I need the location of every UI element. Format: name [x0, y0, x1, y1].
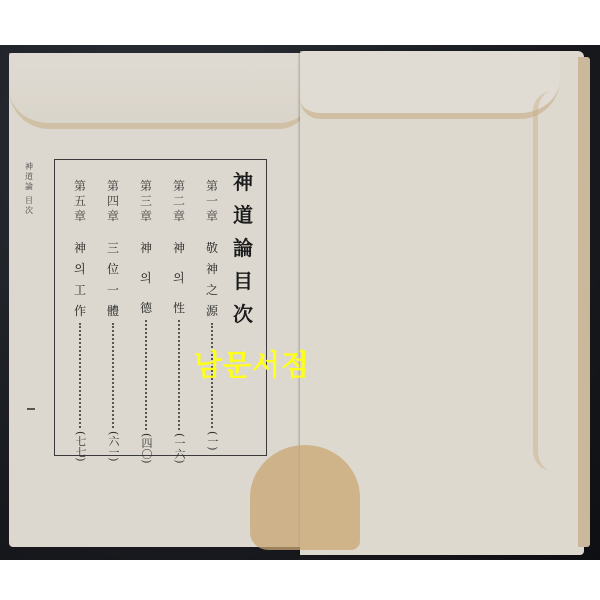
char: 三 [107, 242, 119, 254]
page-number: (一) [204, 431, 220, 451]
char: 章 [173, 210, 185, 222]
page-number: (四〇) [138, 433, 154, 464]
chapter-title: 神 의 性 [173, 242, 185, 314]
chapter-title: 敬 神 之 源 [206, 242, 218, 317]
chapter-number: 第 四 章 [107, 180, 119, 222]
char: 第 [206, 180, 218, 192]
title-char: 目 [233, 271, 253, 291]
char: 工 [74, 284, 86, 296]
title-char: 次 [233, 304, 253, 324]
chapter-title: 神 의 德 [140, 242, 152, 314]
water-stain-right-side [533, 91, 574, 471]
char: 第 [173, 180, 185, 192]
header-char: 論 [25, 183, 33, 191]
header-char: 次 [25, 207, 33, 215]
chapter-number: 第 一 章 [206, 180, 218, 222]
char: 作 [74, 305, 86, 317]
char: 五 [74, 195, 86, 207]
leader-dots [145, 320, 147, 430]
title-char: 論 [233, 238, 253, 258]
toc-entry-chapter-5: 第 五 章 神 의 工 作 (七七) [70, 180, 90, 462]
leader-dots [112, 323, 114, 428]
char: 源 [206, 305, 218, 317]
char: 四 [107, 195, 119, 207]
chapter-number: 第 二 章 [173, 180, 185, 222]
title-char: 道 [233, 205, 253, 225]
char: 의 [140, 272, 152, 284]
char: 一 [107, 284, 119, 296]
page-number-mark [27, 408, 35, 410]
header-char: 神 [25, 163, 33, 171]
char: 章 [74, 210, 86, 222]
chapter-number: 第 三 章 [140, 180, 152, 222]
char: 章 [140, 210, 152, 222]
char: 一 [206, 195, 218, 207]
char: 章 [206, 210, 218, 222]
water-stain-bottom [250, 445, 360, 550]
char: 神 [206, 263, 218, 275]
title-char: 神 [233, 172, 253, 192]
toc-entry-chapter-4: 第 四 章 三 位 一 體 (六一) [103, 180, 123, 462]
running-header: 神 道 論 目 次 [25, 163, 33, 215]
char: 體 [107, 305, 119, 317]
page-edge [578, 57, 590, 547]
page-number: (七七) [72, 431, 88, 462]
char: 章 [107, 210, 119, 222]
char: 三 [140, 195, 152, 207]
header-char: 目 [25, 197, 33, 205]
char: 第 [74, 180, 86, 192]
char: 神 [74, 242, 86, 254]
char: 第 [107, 180, 119, 192]
char: 神 [140, 242, 152, 254]
toc-entry-chapter-2: 第 二 章 神 의 性 (一六) [169, 180, 189, 464]
leader-dots [178, 320, 180, 430]
leader-dots [79, 323, 81, 428]
book-photo: 神 道 論 目 次 神 道 論 目 次 第 一 章 [0, 45, 600, 560]
char: 敬 [206, 242, 218, 254]
header-char: 道 [25, 173, 33, 181]
chapter-title: 三 位 一 體 [107, 242, 119, 317]
char: 之 [206, 284, 218, 296]
toc-entry-chapter-3: 第 三 章 神 의 德 (四〇) [136, 180, 156, 464]
char: 德 [140, 302, 152, 314]
table-of-contents: 神 道 論 目 次 第 一 章 敬 神 之 源 [54, 159, 267, 456]
char: 性 [173, 302, 185, 314]
char: 의 [173, 272, 185, 284]
toc-entry-chapter-1: 第 一 章 敬 神 之 源 (一) [202, 180, 222, 451]
chapter-number: 第 五 章 [74, 180, 86, 222]
shop-watermark: 남문서점 [194, 343, 310, 384]
char: 二 [173, 195, 185, 207]
toc-title: 神 道 論 目 次 [230, 172, 256, 324]
char: 第 [140, 180, 152, 192]
page-number: (六一) [105, 431, 121, 462]
water-stain-top-right [300, 51, 560, 119]
page-number: (一六) [171, 433, 187, 464]
water-stain-top-left [9, 53, 309, 129]
chapter-title: 神 의 工 作 [74, 242, 86, 317]
char: 의 [74, 263, 86, 275]
char: 神 [173, 242, 185, 254]
char: 位 [107, 263, 119, 275]
